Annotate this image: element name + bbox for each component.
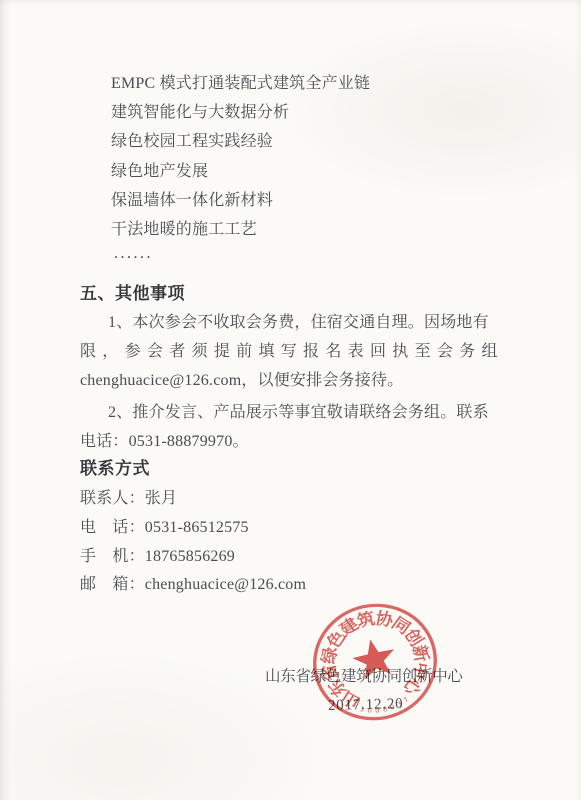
contact-heading: 联系方式 xyxy=(80,459,150,478)
contact-person-line: 联系人：张月 xyxy=(80,490,177,508)
scanned-document-page: EMPC 模式打通装配式建筑全产业链 建筑智能化与大数据分析 绿色校园工程实践经… xyxy=(0,0,581,800)
paragraph-line: chenghuacice@126.com，以便安排会务接待。 xyxy=(80,372,403,390)
svg-text:7: 7 xyxy=(402,696,410,705)
topic-line: 保温墙体一体化新材料 xyxy=(111,192,273,210)
section-heading: 五、其他事项 xyxy=(80,284,185,303)
paragraph-line: 限，参会者须提前填写报名表回执至会务组 xyxy=(80,343,498,361)
paragraph-line: 电话：0531-88879970。 xyxy=(80,433,249,451)
seal-star-icon xyxy=(349,635,399,681)
svg-text:省: 省 xyxy=(318,662,342,683)
topic-line: 绿色校园工程实践经验 xyxy=(111,133,273,151)
topic-line: EMPC 模式打通装配式建筑全产业链 xyxy=(111,75,370,93)
official-seal-stamp: 山东省绿色建筑协同创新中心 1008037 xyxy=(290,577,460,747)
contact-email-line: 邮 箱：chenghuacice@126.com xyxy=(80,576,306,594)
contact-phone-line: 电 话：0531-86512575 xyxy=(80,519,249,537)
topic-line: 建筑智能化与大数据分析 xyxy=(111,104,289,122)
svg-text:1: 1 xyxy=(359,705,365,713)
svg-text:筑: 筑 xyxy=(355,608,376,631)
svg-text:3: 3 xyxy=(396,700,404,709)
svg-text:0: 0 xyxy=(367,706,372,714)
svg-text:8: 8 xyxy=(382,705,388,713)
topic-line: 绿色地产发展 xyxy=(111,163,208,181)
contact-mobile-line: 手 机：18765856269 xyxy=(80,548,235,566)
ellipsis-line: ...... xyxy=(114,245,153,263)
svg-text:0: 0 xyxy=(389,703,396,712)
paragraph-line: 1、本次参会不收取会务费，住宿交通自理。因场地有 xyxy=(108,314,489,332)
paragraph-line: 2、推介发言、产品展示等事宜敬请联络会务组。联系 xyxy=(108,404,489,422)
seal-code-digits: 1008037 xyxy=(357,695,411,719)
svg-text:0: 0 xyxy=(375,706,380,714)
topic-line: 干法地暖的施工工艺 xyxy=(111,221,257,239)
